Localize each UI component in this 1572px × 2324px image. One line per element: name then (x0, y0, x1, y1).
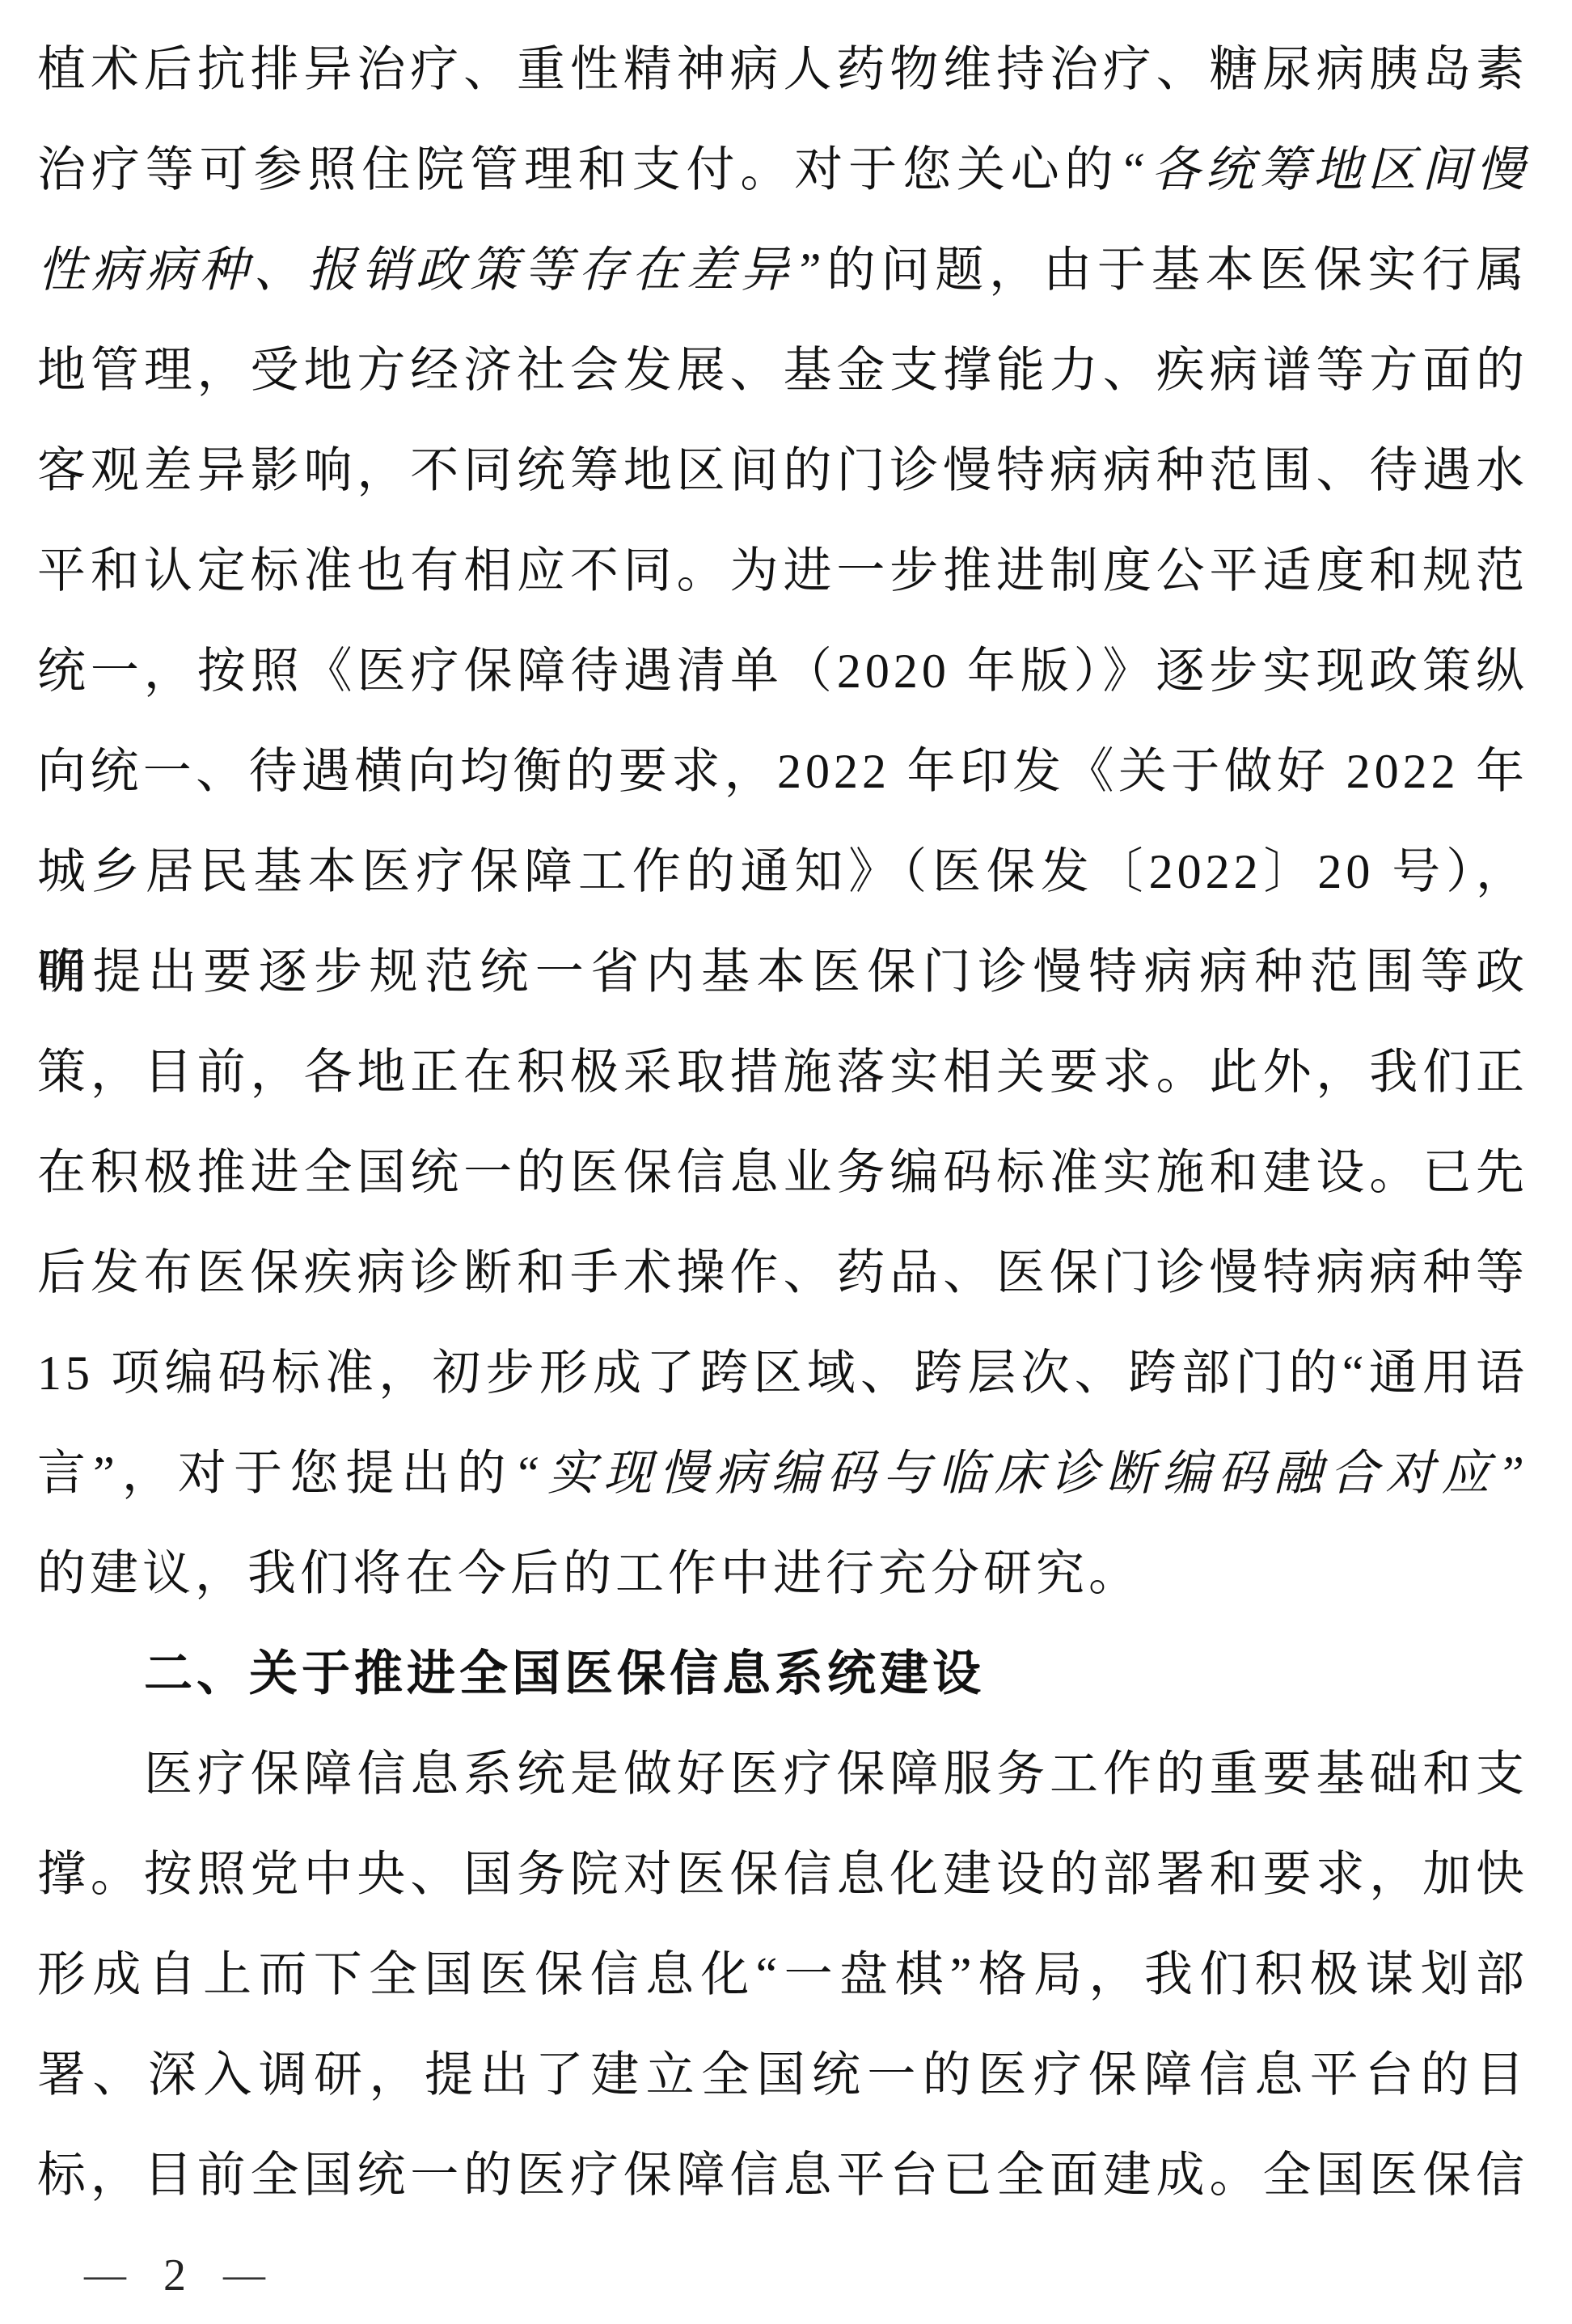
body-text: 确提出要逐步规范统一省内基本医保门诊慢特病病种范围等政 (37, 945, 1528, 999)
body-text: 二、关于推进全国医保信息系统建设 (144, 1646, 985, 1701)
body-text: 署、深入调研，提出了建立全国统一的医疗保障信息平台的目 (37, 2048, 1528, 2102)
quoted-suggestion-text: “各统筹地区间慢 (1119, 143, 1529, 196)
body-text: 后发布医保疾病诊断和手术操作、药品、医保门诊慢特病病种等 (37, 1246, 1528, 1299)
text-line: 确提出要逐步规范统一省内基本医保门诊慢特病病种范围等政 (37, 922, 1528, 1022)
page-footer: — 2 — (84, 2250, 265, 2301)
section-heading: 二、关于推进全国医保信息系统建设 (37, 1624, 1528, 1724)
text-line: 形成自上而下全国医保信息化“一盘棋”格局，我们积极谋划部 (37, 1925, 1528, 2025)
body-text: 15 项编码标准，初步形成了跨区域、跨层次、跨部门的“通用语 (37, 1346, 1528, 1400)
body-text: 言”，对于您提出的 (37, 1447, 513, 1500)
body-text: 形成自上而下全国医保信息化“一盘棋”格局，我们积极谋划部 (37, 1948, 1528, 2001)
text-line: 客观差异影响，不同统筹地区间的门诊慢特病病种范围、待遇水 (37, 420, 1528, 521)
text-line: 统一，按照《医疗保障待遇清单（2020 年版）》逐步实现政策纵 (37, 621, 1528, 721)
text-line: 策，目前，各地正在积极采取措施落实相关要求。此外，我们正 (37, 1022, 1528, 1122)
quoted-suggestion-text: “实现慢病编码与临床诊断编码融合对应” (513, 1447, 1528, 1500)
text-line: 性病病种、报销政策等存在差异”的问题，由于基本医保实行属 (37, 220, 1528, 320)
body-text: 植术后抗排异治疗、重性精神病人药物维持治疗、糖尿病胰岛素 (37, 43, 1528, 96)
footer-right-dash: — (223, 2250, 265, 2301)
text-line: 向统一、待遇横向均衡的要求，2022 年印发《关于做好 2022 年 (37, 721, 1528, 822)
footer-left-dash: — (84, 2250, 126, 2301)
body-text: 在积极推进全国统一的医保信息业务编码标准实施和建设。已先 (37, 1146, 1528, 1199)
text-line: 后发布医保疾病诊断和手术操作、药品、医保门诊慢特病病种等 (37, 1223, 1528, 1323)
text-line: 治疗等可参照住院管理和支付。对于您关心的“各统筹地区间慢 (37, 120, 1528, 220)
body-text: 治疗等可参照住院管理和支付。对于您关心的 (37, 143, 1119, 196)
document-lines: 植术后抗排异治疗、重性精神病人药物维持治疗、糖尿病胰岛素治疗等可参照住院管理和支… (37, 19, 1528, 2225)
body-text: 平和认定标准也有相应不同。为进一步推进制度公平适度和规范 (37, 544, 1528, 598)
text-line: 植术后抗排异治疗、重性精神病人药物维持治疗、糖尿病胰岛素 (37, 19, 1528, 120)
body-text: 医疗保障信息系统是做好医疗保障服务工作的重要基础和支 (144, 1747, 1528, 1801)
quoted-suggestion-text: 性病病种、报销政策等存在差异” (37, 243, 826, 297)
text-line: 平和认定标准也有相应不同。为进一步推进制度公平适度和规范 (37, 521, 1528, 621)
text-line: 地管理，受地方经济社会发展、基金支撑能力、疾病谱等方面的 (37, 320, 1528, 420)
text-line: 的建议，我们将在今后的工作中进行充分研究。 (37, 1523, 1528, 1624)
text-line: 城乡居民基本医疗保障工作的通知》（医保发〔2022〕20 号），明 (37, 822, 1528, 922)
text-line: 言”，对于您提出的“实现慢病编码与临床诊断编码融合对应” (37, 1423, 1528, 1523)
body-text: 的问题，由于基本医保实行属 (826, 243, 1528, 297)
body-text: 向统一、待遇横向均衡的要求，2022 年印发《关于做好 2022 年 (37, 745, 1528, 798)
document-page: 植术后抗排异治疗、重性精神病人药物维持治疗、糖尿病胰岛素治疗等可参照住院管理和支… (0, 0, 1572, 2324)
text-line: 15 项编码标准，初步形成了跨区域、跨层次、跨部门的“通用语 (37, 1323, 1528, 1423)
body-text: 策，目前，各地正在积极采取措施落实相关要求。此外，我们正 (37, 1046, 1528, 1099)
body-text: 的建议，我们将在今后的工作中进行充分研究。 (37, 1547, 1141, 1600)
body-text: 客观差异影响，不同统筹地区间的门诊慢特病病种范围、待遇水 (37, 444, 1528, 497)
text-line: 标，目前全国统一的医疗保障信息平台已全面建成。全国医保信 (37, 2125, 1528, 2225)
body-text: 统一，按照《医疗保障待遇清单（2020 年版）》逐步实现政策纵 (37, 644, 1528, 698)
text-line: 撑。按照党中央、国务院对医保信息化建设的部署和要求，加快 (37, 1824, 1528, 1925)
body-text: 撑。按照党中央、国务院对医保信息化建设的部署和要求，加快 (37, 1848, 1528, 1901)
page-number: 2 (163, 2250, 186, 2301)
body-text: 标，目前全国统一的医疗保障信息平台已全面建成。全国医保信 (37, 2149, 1528, 2202)
text-line: 医疗保障信息系统是做好医疗保障服务工作的重要基础和支 (37, 1724, 1528, 1824)
text-line: 在积极推进全国统一的医保信息业务编码标准实施和建设。已先 (37, 1122, 1528, 1223)
body-text: 地管理，受地方经济社会发展、基金支撑能力、疾病谱等方面的 (37, 344, 1528, 397)
text-line: 署、深入调研，提出了建立全国统一的医疗保障信息平台的目 (37, 2025, 1528, 2125)
